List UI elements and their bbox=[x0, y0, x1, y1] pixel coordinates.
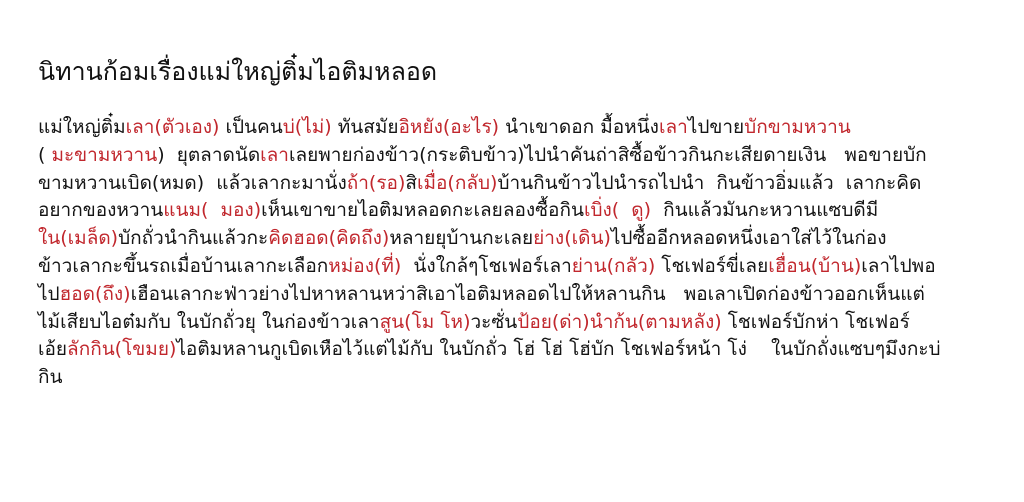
highlighted-dialect-word: ย่าง(เดิน) bbox=[533, 227, 611, 249]
text-segment: กินแล้วมันกะหวานแซบดีมี bbox=[651, 199, 878, 221]
text-segment: ไปซื้ออีกหลอดหนึ่งเอาใส่ไว้ในก่อง bbox=[611, 227, 887, 249]
text-segment: นำเขาดอก มื้อหนึ่ง bbox=[499, 116, 659, 138]
highlighted-dialect-word: อิหยัง(อะไร) bbox=[399, 116, 500, 138]
text-line: เอ้ยลักกิน(โขมย)ไอติมหลานกูเบิดเหือไว้แต… bbox=[38, 336, 998, 364]
highlighted-dialect-word: เลา bbox=[260, 144, 289, 166]
text-segment: เป็นคน bbox=[219, 116, 282, 138]
text-line: ไม้เสียบไอต๋มกับ ในบักถั่วยุ ในก่องข้าวเ… bbox=[38, 309, 998, 337]
text-segment: เอ้ย bbox=[38, 338, 67, 360]
text-segment: ( bbox=[38, 144, 51, 166]
text-segment: ทันสมัย bbox=[332, 116, 399, 138]
highlighted-dialect-word: ใน(เมล็ด) bbox=[38, 227, 118, 249]
text-segment: ข้าวเลากะขึ้นรถเมื่อบ้านเลากะเลือก bbox=[38, 255, 328, 277]
highlighted-dialect-word: ลักกิน(โขมย) bbox=[67, 338, 176, 360]
highlighted-dialect-word: เลา(ตัวเอง) bbox=[126, 116, 220, 138]
highlighted-dialect-word: บักขามหวาน bbox=[744, 116, 851, 138]
text-segment: เฮือนเลากะฟ่าวย่างไปหาหลานหว่าสิเอาไอติม… bbox=[131, 283, 925, 305]
text-segment: บักถั่วนำกินแล้วกะ bbox=[118, 227, 268, 249]
text-segment: นั่งใกล้ๆโชเฟอร์เลา bbox=[401, 255, 571, 277]
highlighted-dialect-word: นำก้น(ตามหลัง) bbox=[590, 311, 722, 333]
text-line: ไปฮอด(ถึง)เฮือนเลากะฟ่าวย่างไปหาหลานหว่า… bbox=[38, 281, 998, 309]
text-segment: ขามหวานเบิด(หมด) แล้วเลากะมานั่ง bbox=[38, 172, 347, 194]
text-line: ข้าวเลากะขึ้นรถเมื่อบ้านเลากะเลือกหม่อง(… bbox=[38, 253, 998, 281]
document-title: นิทานก้อมเรื่องแม่ใหญ่ติ๋มไอติมหลอด bbox=[38, 52, 437, 92]
text-segment: เลยพายก่องข้าว(กระติบข้าว)ไปนำคันถ่าสิซื… bbox=[289, 144, 927, 166]
text-segment: ไม้เสียบไอต๋มกับ ในบักถั่วยุ ในก่องข้าวเ… bbox=[38, 311, 380, 333]
text-line: ขามหวานเบิด(หมด) แล้วเลากะมานั่งถ้า(รอ)ส… bbox=[38, 170, 998, 198]
highlighted-dialect-word: เบิ่ง( ดู) bbox=[584, 199, 651, 221]
highlighted-dialect-word: บ่(ไม่) bbox=[283, 116, 332, 138]
text-segment: โชเฟอร์ขี่เลย bbox=[655, 255, 768, 277]
text-segment: ไปขาย bbox=[688, 116, 744, 138]
text-segment: โชเฟอร์บักห่า โชเฟอร์ bbox=[722, 311, 910, 333]
highlighted-dialect-word: สูน(โม โห) bbox=[380, 311, 471, 333]
text-segment: กิน bbox=[38, 366, 63, 388]
story-paragraph: แม่ใหญ่ติ๋มเลา(ตัวเอง) เป็นคนบ่(ไม่) ทัน… bbox=[38, 114, 998, 392]
highlighted-dialect-word: เฮื่อน(บ้าน) bbox=[768, 255, 861, 277]
text-segment: วะซั่น bbox=[471, 311, 518, 333]
document-page: นิทานก้อมเรื่องแม่ใหญ่ติ๋มไอติมหลอด แม่ใ… bbox=[0, 0, 1024, 502]
text-segment: ) ยุตลาดนัด bbox=[157, 144, 260, 166]
text-line: ใน(เมล็ด)บักถั่วนำกินแล้วกะคิดฮอด(คิดถึง… bbox=[38, 225, 998, 253]
highlighted-dialect-word: แนม( มอง) bbox=[163, 199, 261, 221]
text-line: อยากของหวานแนม( มอง)เห็นเขาขายไอติมหลอดก… bbox=[38, 197, 998, 225]
text-segment: หลายยุบ้านกะเลย bbox=[389, 227, 533, 249]
highlighted-dialect-word: ป้อย(ด่า) bbox=[517, 311, 589, 333]
text-segment: สิ bbox=[405, 172, 417, 194]
text-segment: แม่ใหญ่ติ๋ม bbox=[38, 116, 126, 138]
highlighted-dialect-word: ฮอด(ถึง) bbox=[60, 283, 131, 305]
text-line: กิน bbox=[38, 364, 998, 392]
highlighted-dialect-word: คิดฮอด(คิดถึง) bbox=[268, 227, 389, 249]
text-segment: ไอติมหลานกูเบิดเหือไว้แต่ไม้กับ ในบักถั่… bbox=[176, 338, 940, 360]
text-segment: ไป bbox=[38, 283, 60, 305]
text-segment: บ้านกินข้าวไปนำรถไปนำ กินข้าวอิ่มแล้ว เล… bbox=[497, 172, 921, 194]
highlighted-dialect-word: เลา bbox=[659, 116, 688, 138]
highlighted-dialect-word: ถ้า(รอ) bbox=[347, 172, 406, 194]
highlighted-dialect-word: ย่าน(กลัว) bbox=[572, 255, 655, 277]
text-segment: เลาไปพอ bbox=[861, 255, 935, 277]
text-line: แม่ใหญ่ติ๋มเลา(ตัวเอง) เป็นคนบ่(ไม่) ทัน… bbox=[38, 114, 998, 142]
text-line: ( มะขามหวาน) ยุตลาดนัดเลาเลยพายก่องข้าว(… bbox=[38, 142, 998, 170]
text-segment: อยากของหวาน bbox=[38, 199, 163, 221]
text-segment: เห็นเขาขายไอติมหลอดกะเลยลองซื้อกิน bbox=[261, 199, 584, 221]
highlighted-dialect-word: มะขามหวาน bbox=[51, 144, 157, 166]
highlighted-dialect-word: เมื่อ(กลับ) bbox=[417, 172, 497, 194]
highlighted-dialect-word: หม่อง(ที่) bbox=[328, 255, 401, 277]
